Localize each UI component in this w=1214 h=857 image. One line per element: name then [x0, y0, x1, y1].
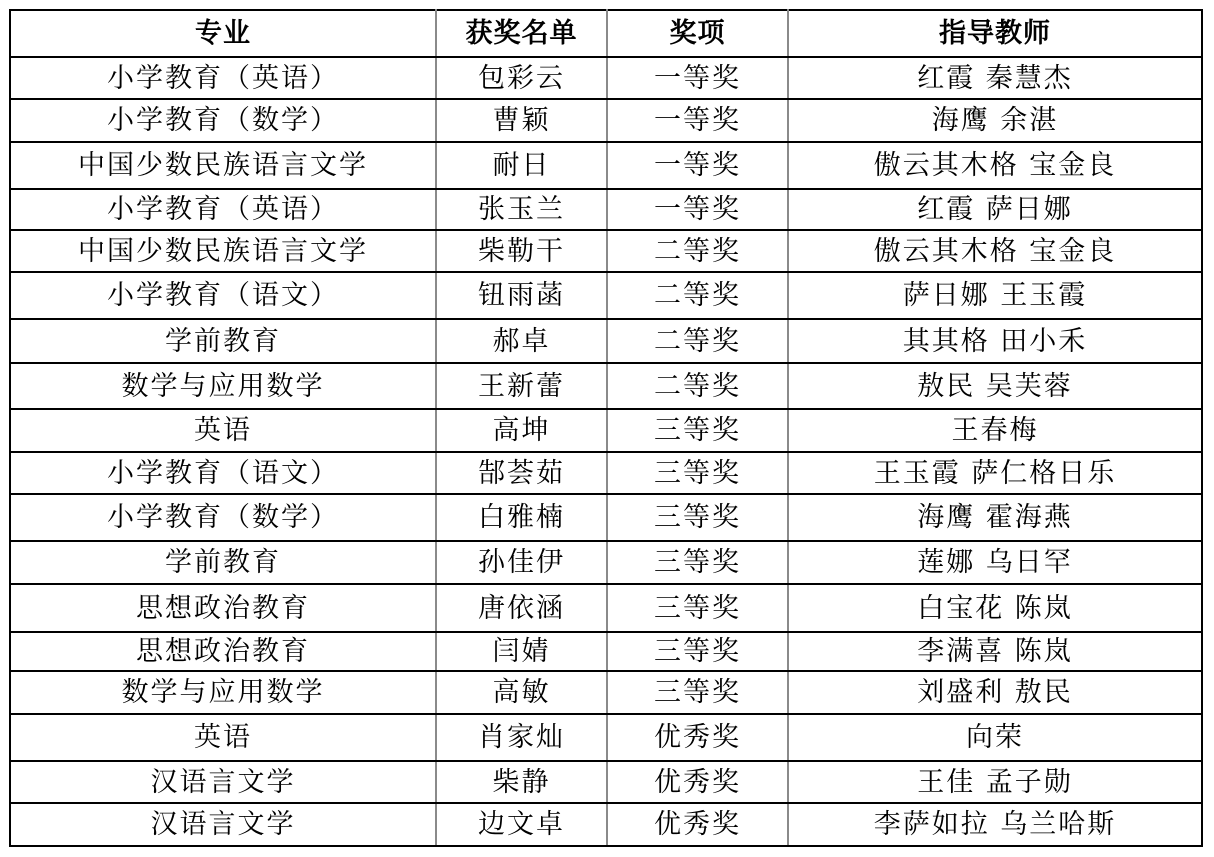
cell-major: 英语: [10, 714, 436, 761]
cell-major: 汉语言文学: [10, 761, 436, 803]
table-row: 小学教育（数学） 白雅楠 三等奖 海鹰 霍海燕: [10, 494, 1202, 541]
cell-major: 小学教育（数学）: [10, 494, 436, 541]
table-row: 学前教育 郝卓 二等奖 其其格 田小禾: [10, 319, 1202, 363]
cell-student: 高敏: [436, 671, 607, 714]
cell-award: 优秀奖: [607, 714, 788, 761]
cell-advisor: 海鹰 霍海燕: [788, 494, 1202, 541]
award-table: 专业 获奖名单 奖项 指导教师 小学教育（英语） 包彩云 一等奖 红霞 秦慧杰 …: [9, 9, 1203, 847]
cell-award: 三等奖: [607, 541, 788, 584]
cell-student: 郜荟茹: [436, 452, 607, 494]
cell-student: 闫婧: [436, 632, 607, 671]
table-row: 汉语言文学 柴静 优秀奖 王佳 孟子勋: [10, 761, 1202, 803]
table-body: 小学教育（英语） 包彩云 一等奖 红霞 秦慧杰 小学教育（数学） 曹颖 一等奖 …: [10, 57, 1202, 846]
table-row: 中国少数民族语言文学 柴勒干 二等奖 傲云其木格 宝金良: [10, 230, 1202, 272]
cell-award: 一等奖: [607, 57, 788, 99]
table-row: 小学教育（英语） 张玉兰 一等奖 红霞 萨日娜: [10, 189, 1202, 230]
table-row: 数学与应用数学 高敏 三等奖 刘盛利 敖民: [10, 671, 1202, 714]
cell-award: 一等奖: [607, 189, 788, 230]
header-row: 专业 获奖名单 奖项 指导教师: [10, 10, 1202, 57]
cell-major: 学前教育: [10, 319, 436, 363]
cell-student: 郝卓: [436, 319, 607, 363]
cell-award: 二等奖: [607, 230, 788, 272]
cell-advisor: 李满喜 陈岚: [788, 632, 1202, 671]
cell-advisor: 王佳 孟子勋: [788, 761, 1202, 803]
cell-award: 优秀奖: [607, 803, 788, 846]
table-row: 小学教育（数学） 曹颖 一等奖 海鹰 余湛: [10, 99, 1202, 142]
cell-advisor: 海鹰 余湛: [788, 99, 1202, 142]
table-row: 小学教育（英语） 包彩云 一等奖 红霞 秦慧杰: [10, 57, 1202, 99]
cell-major: 思想政治教育: [10, 584, 436, 632]
table-row: 小学教育（语文） 郜荟茹 三等奖 王玉霞 萨仁格日乐: [10, 452, 1202, 494]
cell-award: 三等奖: [607, 671, 788, 714]
cell-student: 孙佳伊: [436, 541, 607, 584]
cell-student: 柴静: [436, 761, 607, 803]
cell-advisor: 李萨如拉 乌兰哈斯: [788, 803, 1202, 846]
cell-major: 小学教育（数学）: [10, 99, 436, 142]
cell-award: 三等奖: [607, 632, 788, 671]
cell-advisor: 萨日娜 王玉霞: [788, 272, 1202, 319]
cell-advisor: 红霞 萨日娜: [788, 189, 1202, 230]
cell-student: 高坤: [436, 409, 607, 452]
cell-advisor: 傲云其木格 宝金良: [788, 230, 1202, 272]
cell-award: 三等奖: [607, 494, 788, 541]
table-row: 汉语言文学 边文卓 优秀奖 李萨如拉 乌兰哈斯: [10, 803, 1202, 846]
cell-award: 二等奖: [607, 272, 788, 319]
table-row: 数学与应用数学 王新蕾 二等奖 敖民 吴芙蓉: [10, 363, 1202, 409]
cell-advisor: 向荣: [788, 714, 1202, 761]
header-award: 奖项: [607, 10, 788, 57]
cell-student: 柴勒干: [436, 230, 607, 272]
cell-advisor: 红霞 秦慧杰: [788, 57, 1202, 99]
cell-major: 数学与应用数学: [10, 363, 436, 409]
table-row: 小学教育（语文） 钮雨菡 二等奖 萨日娜 王玉霞: [10, 272, 1202, 319]
cell-major: 思想政治教育: [10, 632, 436, 671]
cell-major: 小学教育（英语）: [10, 57, 436, 99]
cell-advisor: 王玉霞 萨仁格日乐: [788, 452, 1202, 494]
cell-major: 数学与应用数学: [10, 671, 436, 714]
cell-student: 曹颖: [436, 99, 607, 142]
cell-advisor: 傲云其木格 宝金良: [788, 142, 1202, 189]
cell-award: 一等奖: [607, 99, 788, 142]
cell-student: 白雅楠: [436, 494, 607, 541]
cell-advisor: 白宝花 陈岚: [788, 584, 1202, 632]
header-advisor: 指导教师: [788, 10, 1202, 57]
table-row: 思想政治教育 闫婧 三等奖 李满喜 陈岚: [10, 632, 1202, 671]
cell-major: 汉语言文学: [10, 803, 436, 846]
table-row: 英语 肖家灿 优秀奖 向荣: [10, 714, 1202, 761]
cell-student: 唐依涵: [436, 584, 607, 632]
cell-award: 三等奖: [607, 452, 788, 494]
cell-student: 钮雨菡: [436, 272, 607, 319]
cell-advisor: 刘盛利 敖民: [788, 671, 1202, 714]
table-row: 思想政治教育 唐依涵 三等奖 白宝花 陈岚: [10, 584, 1202, 632]
header-major: 专业: [10, 10, 436, 57]
cell-major: 学前教育: [10, 541, 436, 584]
cell-student: 耐日: [436, 142, 607, 189]
cell-student: 边文卓: [436, 803, 607, 846]
table-row: 英语 高坤 三等奖 王春梅: [10, 409, 1202, 452]
table-row: 中国少数民族语言文学 耐日 一等奖 傲云其木格 宝金良: [10, 142, 1202, 189]
cell-major: 小学教育（语文）: [10, 272, 436, 319]
cell-major: 英语: [10, 409, 436, 452]
cell-advisor: 其其格 田小禾: [788, 319, 1202, 363]
cell-award: 二等奖: [607, 363, 788, 409]
cell-advisor: 王春梅: [788, 409, 1202, 452]
cell-student: 肖家灿: [436, 714, 607, 761]
cell-advisor: 莲娜 乌日罕: [788, 541, 1202, 584]
cell-award: 优秀奖: [607, 761, 788, 803]
cell-award: 二等奖: [607, 319, 788, 363]
table-row: 学前教育 孙佳伊 三等奖 莲娜 乌日罕: [10, 541, 1202, 584]
cell-major: 中国少数民族语言文学: [10, 230, 436, 272]
cell-student: 张玉兰: [436, 189, 607, 230]
cell-major: 小学教育（语文）: [10, 452, 436, 494]
header-student: 获奖名单: [436, 10, 607, 57]
cell-student: 包彩云: [436, 57, 607, 99]
cell-award: 一等奖: [607, 142, 788, 189]
cell-major: 小学教育（英语）: [10, 189, 436, 230]
cell-advisor: 敖民 吴芙蓉: [788, 363, 1202, 409]
cell-major: 中国少数民族语言文学: [10, 142, 436, 189]
cell-award: 三等奖: [607, 409, 788, 452]
cell-award: 三等奖: [607, 584, 788, 632]
cell-student: 王新蕾: [436, 363, 607, 409]
